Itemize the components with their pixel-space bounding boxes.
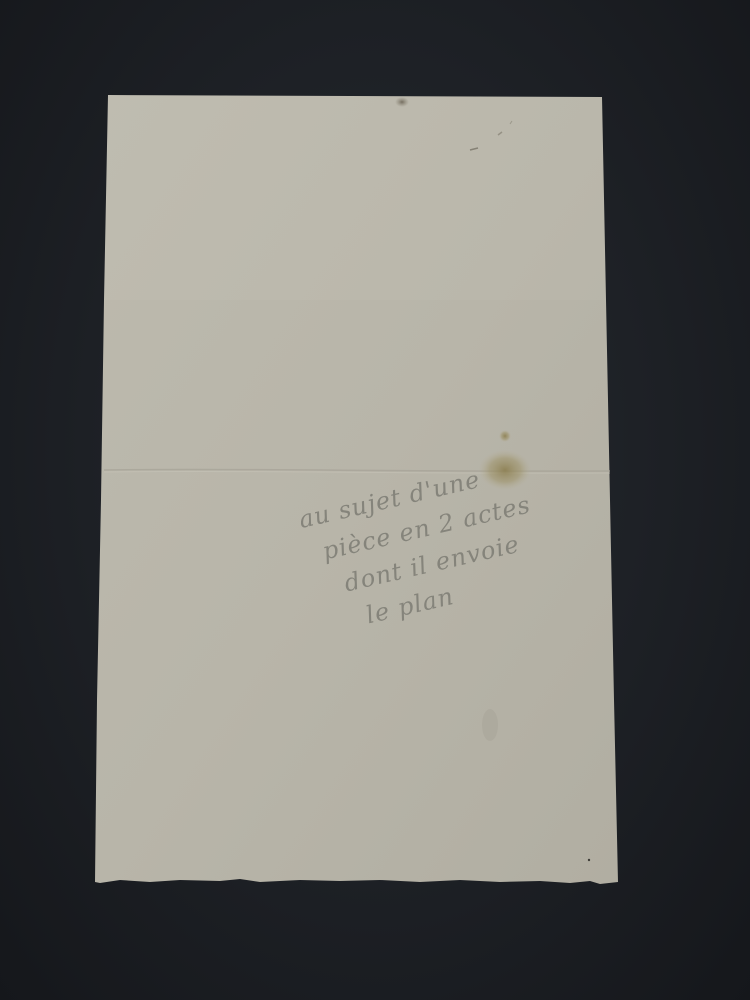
top-mark <box>395 97 409 107</box>
photo-scene: au sujet d'une pièce en 2 actes dont il … <box>0 0 750 1000</box>
